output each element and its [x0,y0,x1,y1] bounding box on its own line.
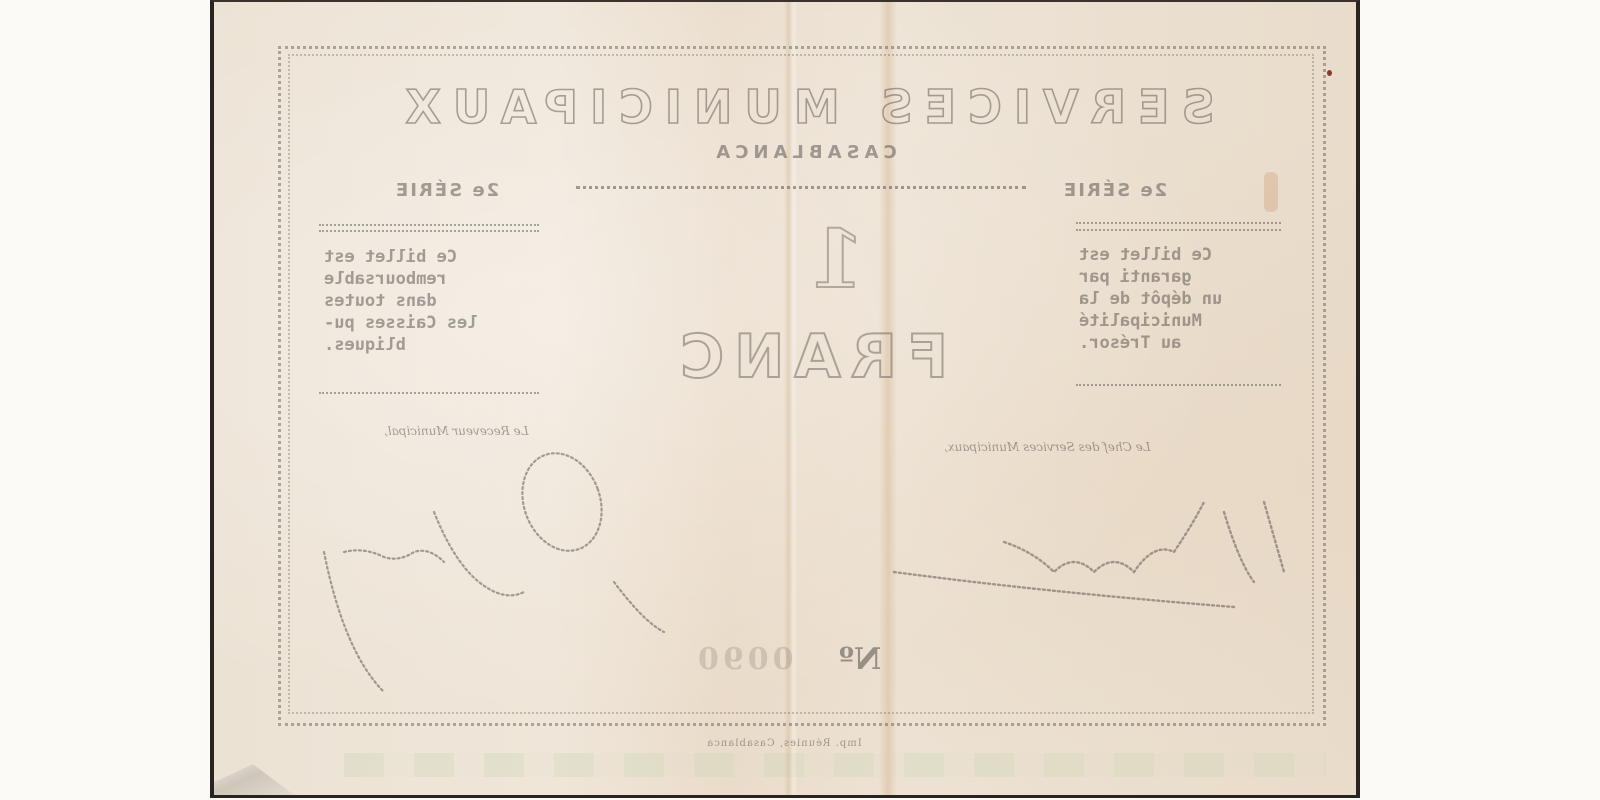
serial-number: 0090 [694,642,794,677]
left-panel-rule-top [319,224,539,226]
left-panel-text: Ce billet est remboursable dans toutes l… [324,246,539,356]
denomination-numeral: 1 [809,212,865,306]
left-signature-caption: Le Receveur Municipal, [384,424,529,438]
right-panel-rule-top2 [1076,229,1281,231]
right-panel-rule-top [1076,222,1281,224]
right-signature [894,482,1314,622]
torn-corner [214,735,294,795]
banknote: SERVICES MUNICIPAUX CASABLANCA 2e SÉRIE … [210,0,1360,798]
city-name: CASABLANCA [594,142,1014,163]
numero-label: Nº [839,642,881,677]
series-right: 2e SÉRIE [1062,180,1167,201]
series-left: 2e SÉRIE [394,180,499,201]
green-band [344,753,1326,777]
denomination-word: FRANC [629,322,989,392]
left-panel-rule-bottom [319,392,539,394]
issuer-title: SERVICES MUNICIPAUX [344,80,1264,134]
printer-imprint: Imp. Réunies, Casablanca [674,738,894,749]
right-signature-caption: Le Chef des Services Municipaux, [944,440,1151,454]
right-panel-rule-bottom [1076,384,1281,386]
right-panel-text: Ce billet est garanti par un dépôt de la… [1079,244,1279,354]
ink-spot [1327,70,1332,76]
left-panel-rule-top2 [319,230,539,232]
center-rule [576,186,1026,189]
left-signature [304,452,704,702]
